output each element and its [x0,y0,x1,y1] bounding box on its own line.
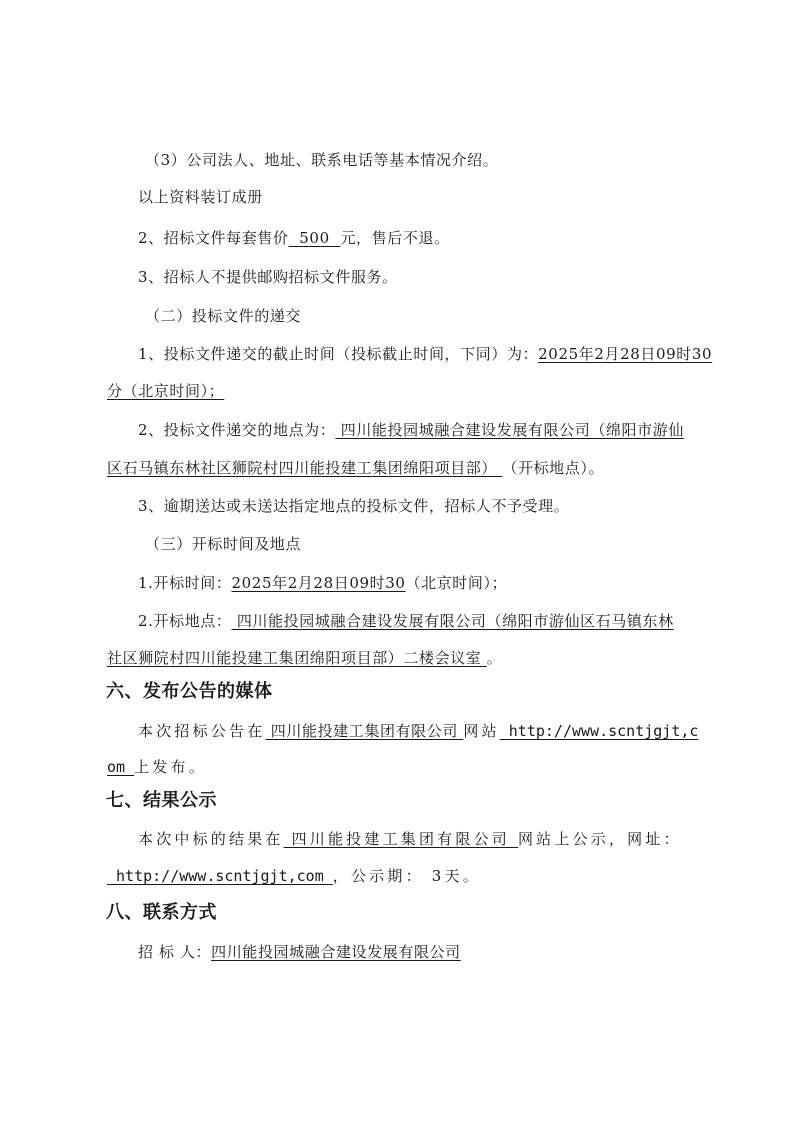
heading-section-8: 八、联系方式 [106,901,217,925]
label-text: 上发布。 [134,758,207,776]
paragraph-deadline: 1、投标文件递交的截止时间（投标截止时间，下同）为：2025年2月28日09时3… [138,344,712,364]
label-text: 2、投标文件递交的地点为： [138,421,335,439]
paragraph-result-notice-cont: http://www.scntjgjt,com ，公示期： 3天。 [107,866,481,886]
deadline-value: 2025年2月28日09时30 [538,345,712,363]
company-name: 四川能投建工集团有限公司 [284,830,518,848]
website-link[interactable]: http://www.scntjgjt,com [107,867,333,885]
paragraph-deadline-cont: 分（北京时间）； [107,381,224,401]
paragraph-bound-volume: 以上资料装订成册 [138,187,263,207]
label-text: 招 标 人： [138,943,211,961]
label-text: 1.开标时间： [138,574,232,592]
website-link-cont[interactable]: om [107,758,134,776]
tenderer-value: 四川能投园城融合建设发展有限公司 [211,943,461,961]
location-value-cont: 区石马镇东林社区狮院村四川能投建工集团绵阳项目部） [107,459,502,477]
deadline-value-cont: 分（北京时间）； [107,382,224,400]
label-text: 本次中标的结果在 [138,830,284,848]
label-text: 2、招标文件每套售价 [138,229,289,247]
subheading-opening: （三）开标时间及地点 [145,534,301,554]
label-text: 本次招标公告在 [138,722,265,740]
label-text: 网站 [463,722,499,740]
opening-location-value: 四川能投园城融合建设发展有限公司（绵阳市游仙区石马镇东林 [232,612,674,630]
paragraph-submission-location-cont: 区石马镇东林社区狮院村四川能投建工集团绵阳项目部） （开标地点）。 [107,458,604,478]
label-text: 元，售后不退。 [340,229,449,247]
paragraph-no-mail-order: 3、招标人不提供邮购招标文件服务。 [138,267,398,287]
document-page: （3）公司法人、地址、联系电话等基本情况介绍。 以上资料装订成册 2、招标文件每… [0,0,800,1131]
heading-section-7: 七、结果公示 [106,789,217,813]
company-name: 四川能投建工集团有限公司 [265,722,463,740]
paragraph-document-price: 2、招标文件每套售价 500 元，售后不退。 [138,228,450,248]
label-text: ，公示期： 3天。 [333,867,481,885]
paragraph-publish-media: 本次招标公告在 四川能投建工集团有限公司 网站 http://www.scntj… [138,721,698,741]
paragraph-opening-time: 1.开标时间：2025年2月28日09时30（北京时间）； [138,573,507,593]
opening-location-value-cont: 社区狮院村四川能投建工集团绵阳项目部）二楼会议室 [107,649,487,667]
heading-section-6: 六、发布公告的媒体 [106,680,273,704]
paragraph-submission-location: 2、投标文件递交的地点为： 四川能投园城融合建设发展有限公司（绵阳市游仙 [138,420,684,440]
label-text: 1、投标文件递交的截止时间（投标截止时间，下同）为： [138,345,538,363]
paragraph-late-submission: 3、逾期送达或未送达指定地点的投标文件，招标人不予受理。 [138,496,569,516]
location-value: 四川能投园城融合建设发展有限公司（绵阳市游仙 [335,421,684,439]
label-text: （北京时间）； [406,574,508,592]
paragraph-publish-media-cont: om 上发布。 [107,757,207,777]
paragraph-result-notice: 本次中标的结果在 四川能投建工集团有限公司 网站上公示，网址： [138,829,682,849]
price-value: 500 [289,229,341,247]
label-text: （开标地点）。 [502,459,604,477]
label-text: 网站上公示，网址： [518,830,682,848]
paragraph-company-info: （3）公司法人、地址、联系电话等基本情况介绍。 [145,150,498,170]
paragraph-opening-location-cont: 社区狮院村四川能投建工集团绵阳项目部）二楼会议室 。 [107,648,502,668]
label-text: 。 [487,649,503,667]
paragraph-opening-location: 2.开标地点： 四川能投园城融合建设发展有限公司（绵阳市游仙区石马镇东林 [138,611,674,631]
label-text: 2.开标地点： [138,612,232,630]
opening-time-value: 2025年2月28日09时30 [232,574,406,592]
paragraph-tenderer: 招 标 人：四川能投园城融合建设发展有限公司 [138,942,461,962]
website-link[interactable]: http://www.scntjgjt,c [500,722,699,740]
subheading-submission: （二）投标文件的递交 [145,306,301,326]
